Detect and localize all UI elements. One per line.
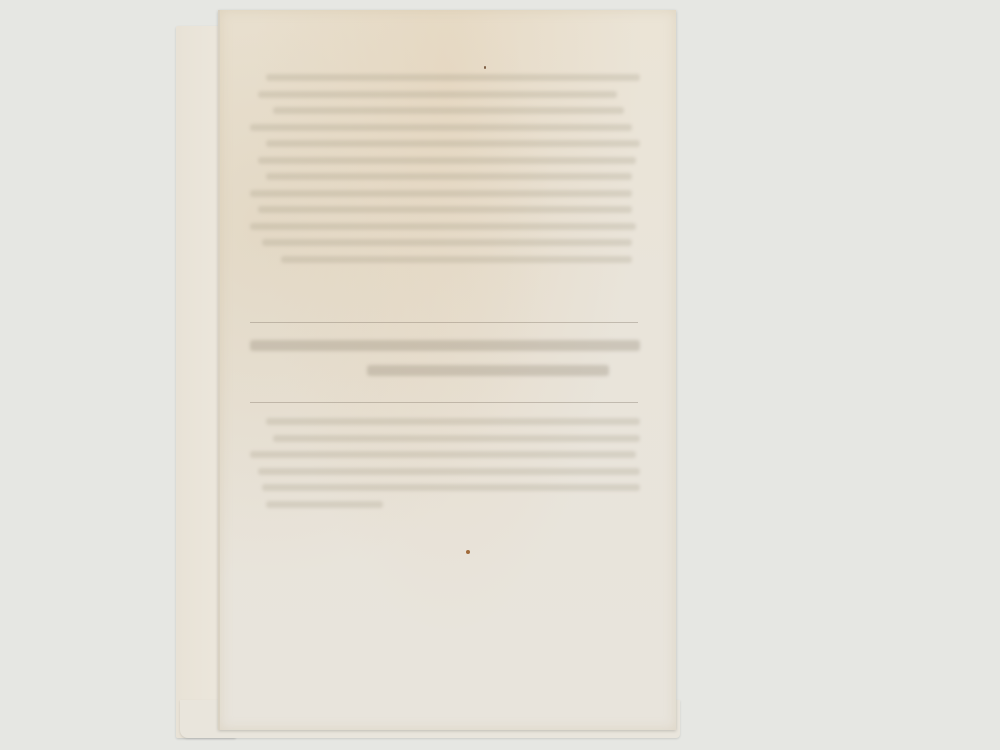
divider-rule	[250, 402, 638, 403]
bleed-through-heading	[250, 340, 640, 390]
divider-rule	[250, 322, 638, 323]
paper-page	[218, 10, 676, 730]
paper-stain	[484, 66, 486, 69]
bleed-through-paragraph-bottom	[250, 418, 640, 517]
paper-stain	[466, 550, 470, 554]
bleed-through-paragraph-top	[250, 74, 640, 272]
